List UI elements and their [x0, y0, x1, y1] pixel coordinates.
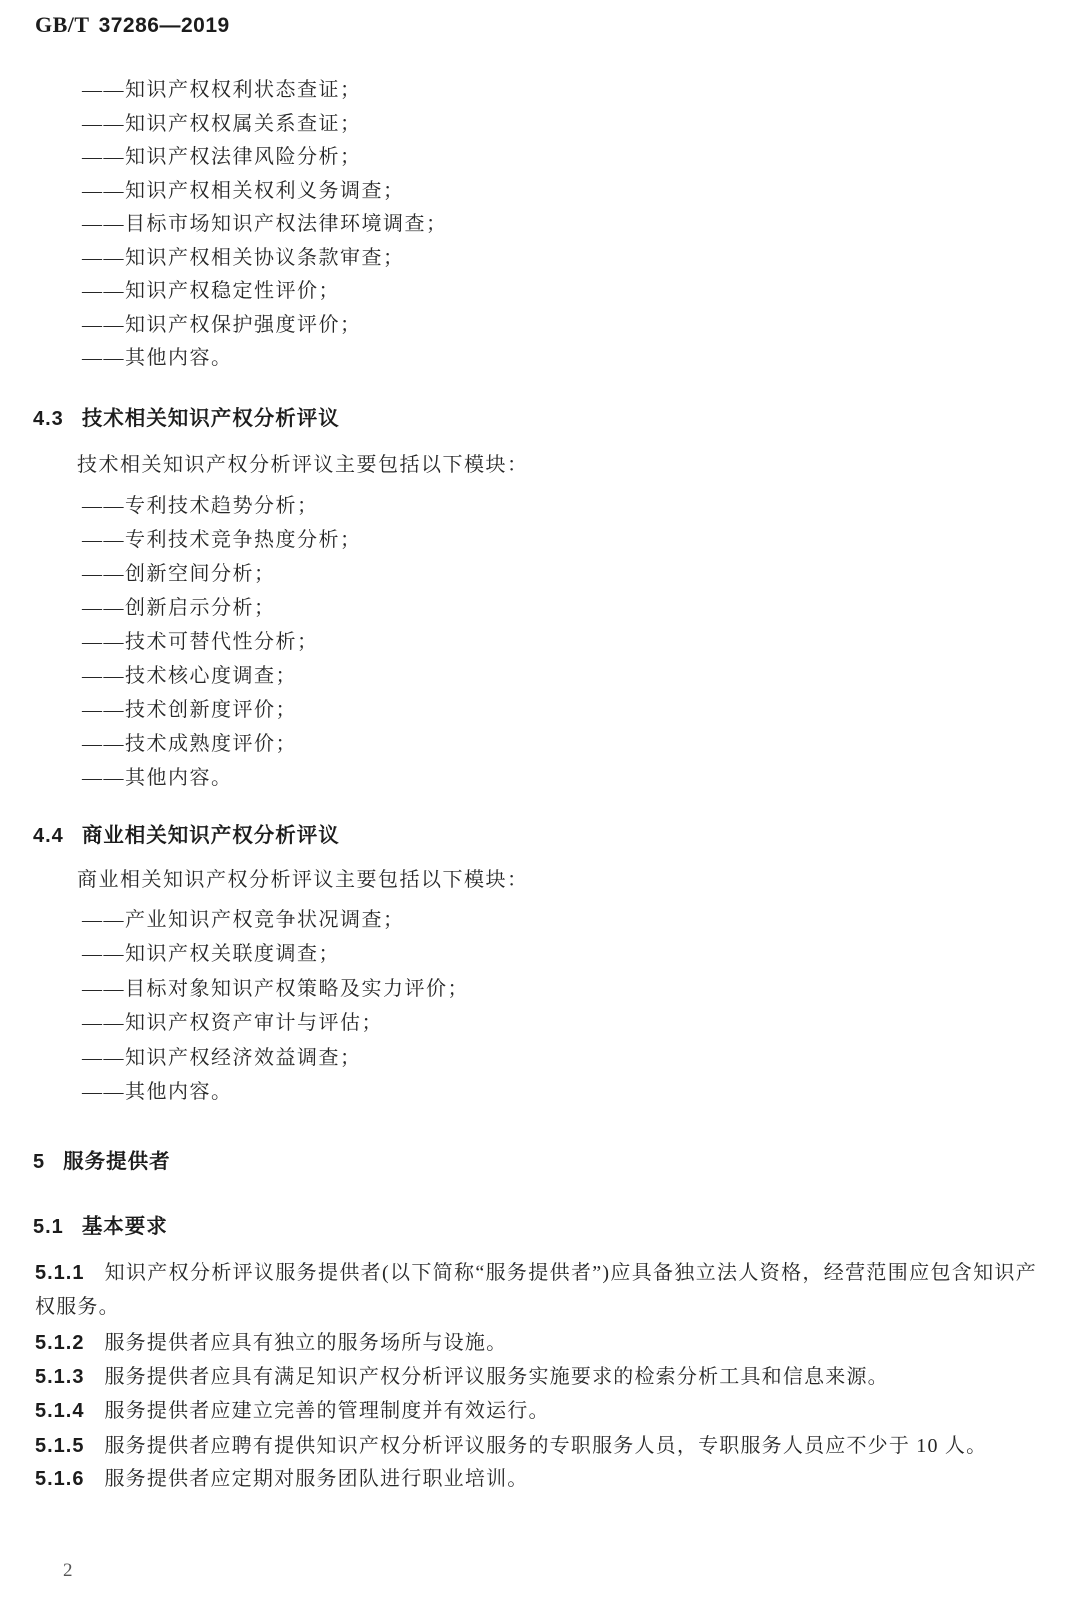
clause-number: 5.1.4 [35, 1400, 84, 1422]
list-item: ——知识产权权利状态查证； [82, 71, 448, 105]
dash-list-top: ——知识产权权利状态查证； ——知识产权权属关系查证； ——知识产权法律风险分析… [82, 71, 448, 373]
clause-number: 5.1.1 [35, 1262, 84, 1284]
list-item: ——知识产权法律风险分析； [82, 138, 448, 172]
chapter-heading-5: 5 服务提供者 [33, 1144, 171, 1174]
section-title: 商业相关知识产权分析评议 [82, 818, 340, 848]
list-item: ——技术创新度评价； [82, 690, 362, 724]
clause-text: 服务提供者应建立完善的管理制度并有效运行。 [104, 1400, 549, 1422]
clause-5-1-6: 5.1.6服务提供者应定期对服务团队进行职业培训。 [35, 1463, 1037, 1497]
section-heading-4-3: 4.3 技术相关知识产权分析评议 [33, 401, 340, 431]
list-item: ——技术成熟度评价； [82, 724, 362, 758]
list-item: ——其他内容。 [82, 758, 362, 792]
list-item: ——知识产权相关协议条款审查； [82, 239, 448, 273]
clause-text: 服务提供者应定期对服务团队进行职业培训。 [104, 1468, 528, 1490]
section-title: 基本要求 [82, 1209, 168, 1239]
chapter-title: 服务提供者 [63, 1144, 171, 1174]
clause-number: 5.1.3 [35, 1366, 84, 1388]
list-item: ——知识产权资产审计与评估； [82, 1004, 469, 1039]
section-4-3-intro: 技术相关知识产权分析评议主要包括以下模块： [77, 448, 529, 477]
list-item: ——技术可替代性分析； [82, 622, 362, 656]
clause-number: 5.1.5 [35, 1435, 84, 1457]
doc-code-prefix: GB/T [35, 12, 90, 38]
section-heading-5-1: 5.1 基本要求 [33, 1209, 168, 1239]
chapter-number: 5 [33, 1151, 45, 1174]
list-item: ——专利技术竞争热度分析； [82, 520, 362, 554]
clause-text: 服务提供者应具有满足知识产权分析评议服务实施要求的检索分析工具和信息来源。 [104, 1366, 888, 1388]
list-item: ——目标对象知识产权策略及实力评价； [82, 969, 469, 1004]
doc-code: GB/T 37286—2019 [35, 12, 230, 38]
dash-list-4-4: ——产业知识产权竞争状况调查； ——知识产权关联度调查； ——目标对象知识产权策… [82, 900, 469, 1107]
list-item: ——知识产权关联度调查； [82, 935, 469, 970]
clause-5-1-3: 5.1.3服务提供者应具有满足知识产权分析评议服务实施要求的检索分析工具和信息来… [35, 1361, 1037, 1395]
doc-code-number: 37286—2019 [99, 14, 230, 38]
clause-number: 5.1.2 [35, 1332, 84, 1354]
section-number: 4.4 [33, 825, 64, 848]
list-item: ——产业知识产权竞争状况调查； [82, 900, 469, 935]
clause-number: 5.1.6 [35, 1468, 84, 1490]
section-number: 5.1 [33, 1216, 64, 1239]
list-item: ——知识产权经济效益调查； [82, 1038, 469, 1073]
list-item: ——技术核心度调查； [82, 656, 362, 690]
list-item: ——创新启示分析； [82, 588, 362, 622]
list-item: ——创新空间分析； [82, 554, 362, 588]
clause-text: 服务提供者应聘有提供知识产权分析评议服务的专职服务人员，专职服务人员应不少于 1… [104, 1435, 987, 1457]
list-item: ——知识产权权属关系查证； [82, 105, 448, 139]
document-page: GB/T 37286—2019 ——知识产权权利状态查证； ——知识产权权属关系… [0, 0, 1071, 1618]
list-item: ——专利技术趋势分析； [82, 486, 362, 520]
list-item: ——知识产权相关权利义务调查； [82, 172, 448, 206]
list-item: ——目标市场知识产权法律环境调查； [82, 205, 448, 239]
section-heading-4-4: 4.4 商业相关知识产权分析评议 [33, 818, 340, 848]
clause-text: 服务提供者应具有独立的服务场所与设施。 [104, 1332, 507, 1354]
clause-5-1-5: 5.1.5服务提供者应聘有提供知识产权分析评议服务的专职服务人员，专职服务人员应… [35, 1430, 1037, 1464]
section-title: 技术相关知识产权分析评议 [82, 401, 340, 431]
list-item: ——知识产权保护强度评价； [82, 306, 448, 340]
list-item: ——其他内容。 [82, 1073, 469, 1108]
clause-text: 知识产权分析评议服务提供者(以下简称“服务提供者”)应具备独立法人资格，经营范围… [35, 1262, 1037, 1318]
list-item: ——其他内容。 [82, 339, 448, 373]
list-item: ——知识产权稳定性评价； [82, 272, 448, 306]
clause-5-1-2: 5.1.2服务提供者应具有独立的服务场所与设施。 [35, 1327, 1037, 1361]
clause-5-1-4: 5.1.4服务提供者应建立完善的管理制度并有效运行。 [35, 1395, 1037, 1429]
section-number: 4.3 [33, 408, 64, 431]
clause-5-1-1: 5.1.1知识产权分析评议服务提供者(以下简称“服务提供者”)应具备独立法人资格… [35, 1257, 1037, 1324]
dash-list-4-3: ——专利技术趋势分析； ——专利技术竞争热度分析； ——创新空间分析； ——创新… [82, 486, 362, 792]
section-4-4-intro: 商业相关知识产权分析评议主要包括以下模块： [77, 863, 529, 892]
page-number: 2 [63, 1560, 74, 1582]
